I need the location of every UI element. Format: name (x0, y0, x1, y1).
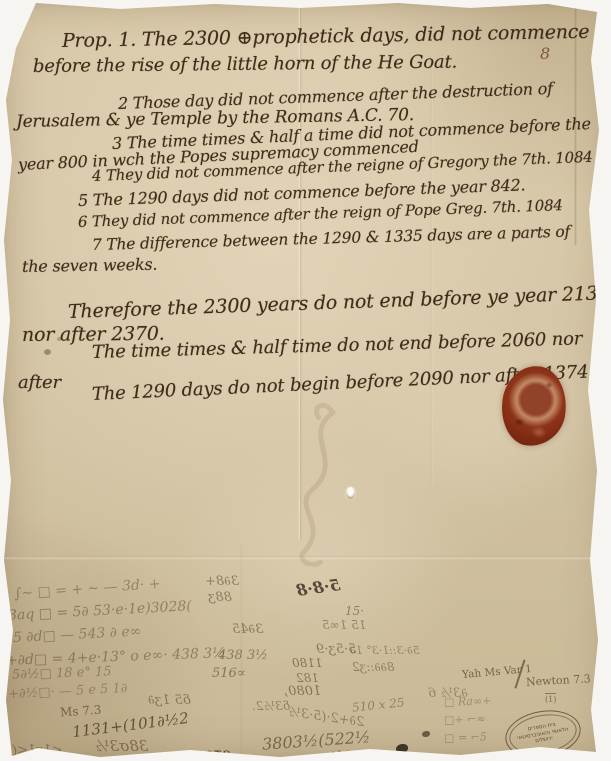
scribble-text: □+ ⌐≈ (444, 712, 486, 726)
manuscript-paper: Prop. 1. The 2300 ⊕prophetick days, did … (0, 0, 611, 761)
scribble-text: 516∝ (212, 666, 246, 681)
page-number: 8 (540, 44, 550, 63)
scribble-text: 1080, (284, 684, 321, 699)
scribble-text: 3∂45 (232, 622, 264, 637)
bleed-through-mark (282, 400, 363, 569)
scribble-text: 5∂·3::1·3° 1∂ (350, 644, 420, 657)
scribble-text: □ = ⌐5 (444, 730, 487, 744)
manuscript-line: before the rise of the little horn of th… (33, 52, 457, 77)
scribble-text: 5∂½□ 18 e° 15 (12, 664, 112, 682)
scribble-text: ∫~ □ = + ~ — 3d· + (14, 576, 161, 602)
ink-blot (333, 756, 343, 761)
manuscript-line: Therefore the 2300 years do not end befo… (68, 282, 610, 323)
scribble-text: δ3½2. (252, 699, 290, 713)
ink-blot (44, 349, 51, 355)
scribble-text: 5·8·8 (295, 575, 342, 600)
fold-crease (430, 55, 433, 485)
scribble-text: 3∂8+ (205, 574, 239, 589)
scribble-text: 15 1∞5 (322, 618, 366, 632)
scribble-text: □ Ra∞+ (444, 694, 492, 709)
scribble-text: 88ʒ (208, 590, 232, 605)
scribble-text: 15· (345, 604, 364, 618)
scribble-text: 3aq □ = 5∂ 53·e·1e)3028( (8, 598, 192, 624)
scribble-text: 5C4∂ (330, 749, 363, 761)
scribble-text: +∂½□· — 5 e 5 1∂ (8, 681, 128, 702)
scribble-text: 3ξ0ʒ (198, 749, 231, 761)
scribble-text: 8∂∂::ʒ2 (352, 660, 395, 674)
manuscript-line: the seven weeks. (22, 255, 158, 276)
scribble-text: 182 (296, 671, 319, 685)
scribble-text: 438 3½ (218, 648, 268, 663)
archive-ms-mark: Ms 7.3 (60, 703, 102, 720)
manuscript-line: The time times & half time do not end be… (92, 328, 583, 363)
scribble-text: +∂d□ = 4+e·13° o e∞· 438 3½ (6, 645, 226, 669)
scribble-text: <1ʒ1<( (12, 743, 63, 758)
library-stamp: בית הספרים הלאומי והאוניברסיטאי ירושלים (502, 705, 585, 761)
manuscript-line: Prop. 1. The 2300 ⊕prophetick days, did … (62, 21, 590, 52)
catalog-sub-mark: (1) (545, 693, 556, 704)
scribble-text: δ5 1ʒ∂ (148, 693, 191, 708)
ink-blot (57, 337, 61, 341)
scribble-text: 510 x 25 (351, 695, 405, 714)
stamp-line: ירושלים (535, 736, 554, 745)
manuscript-scan: Prop. 1. The 2300 ⊕prophetick days, did … (0, 0, 611, 761)
scribble-text: 38σ3½ (95, 737, 148, 755)
ink-blot (422, 731, 430, 737)
library-stamp-text: בית הספרים הלאומי והאוניברסיטאי ירושלים (506, 709, 580, 758)
manuscript-line: after (18, 372, 61, 393)
scribble-text: 1180 (292, 656, 323, 670)
catalog-mark-newton: Newton 7.3 (526, 672, 591, 688)
scribble-text: 15 ∂d□ — 543 ∂ e∞ (4, 623, 142, 646)
ink-blot (396, 744, 408, 753)
